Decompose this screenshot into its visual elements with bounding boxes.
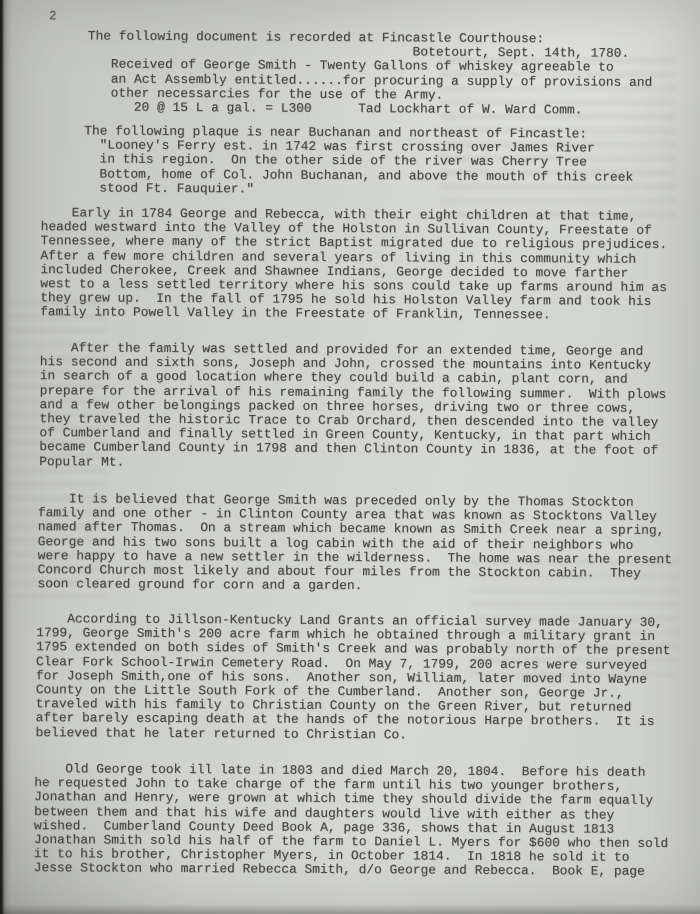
paragraph-jillson-land-grants: According to Jillson-Kentucky Land Grant… bbox=[35, 612, 670, 744]
document-content: 2 The following document is recorded at … bbox=[0, 0, 700, 914]
plaque-inscription-block: The following plaque is near Buchanan an… bbox=[84, 124, 634, 198]
paragraph-early-1784-migration: Early in 1784 George and Rebecca, with t… bbox=[40, 206, 667, 323]
paragraph-family-settled-kentucky: After the family was settled and provide… bbox=[39, 341, 666, 473]
paragraph-old-george-death-farm: Old George took ill late in 1803 and die… bbox=[34, 762, 669, 879]
page-number: 2 bbox=[49, 9, 57, 23]
paragraph-stocktons-valley-cabin: It is believed that George Smith was pre… bbox=[37, 492, 672, 595]
scanned-document-page: 2 The following document is recorded at … bbox=[0, 0, 700, 914]
courthouse-record-block: The following document is recorded at Fi… bbox=[87, 29, 652, 118]
